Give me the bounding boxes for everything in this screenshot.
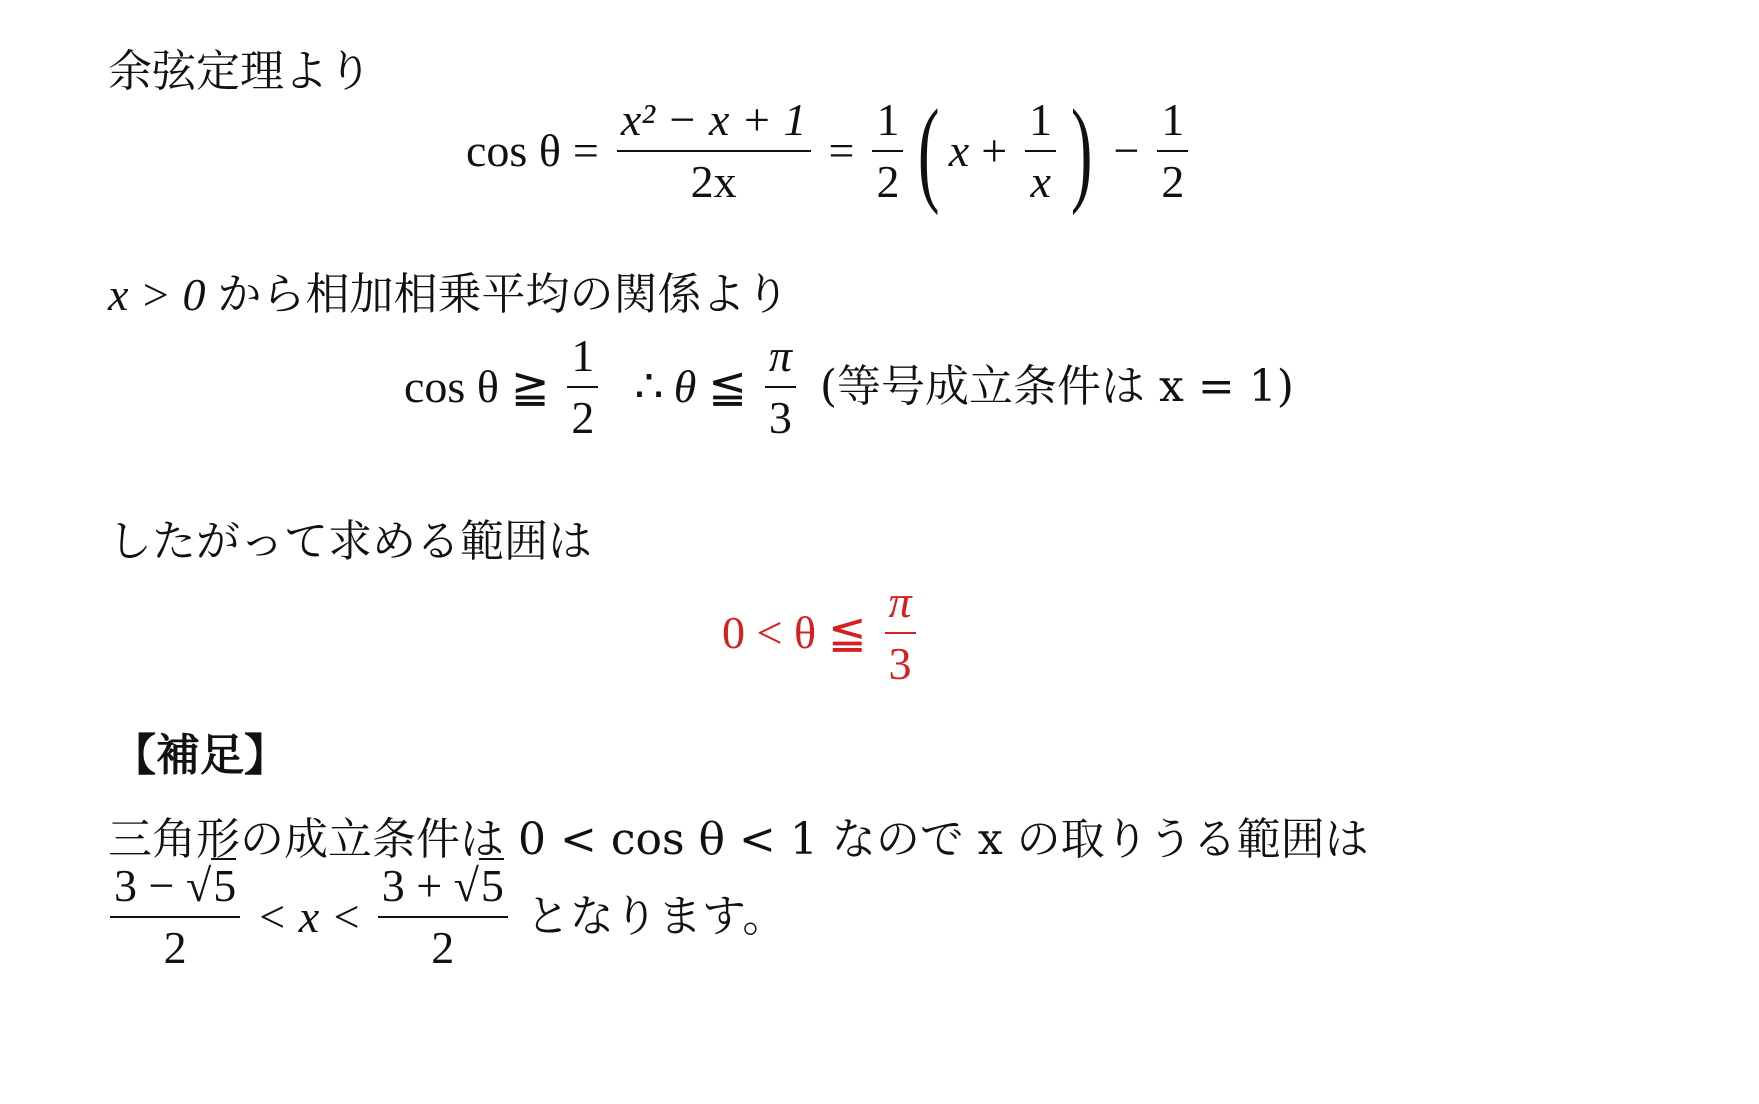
closing-text: となります。 bbox=[526, 895, 786, 939]
x-range-inequality: 3 − √5 2 < x < 3 + √5 2 となります。 bbox=[104, 862, 786, 973]
equality-condition-note: (等号成立条件は x = 1) bbox=[820, 365, 1294, 409]
fraction-inverse-x: 1 x bbox=[1025, 96, 1056, 207]
fraction-pi-over-3: π 3 bbox=[885, 578, 916, 689]
numerator-part: 3 − bbox=[114, 860, 186, 911]
fraction-bar bbox=[110, 916, 240, 918]
fraction-numerator: x² − x + 1 bbox=[617, 96, 811, 144]
cos-theta-lhs: cos θ bbox=[466, 128, 561, 174]
theta: θ bbox=[674, 364, 697, 410]
open-paren: ( bbox=[918, 92, 940, 210]
equals-sign: = bbox=[829, 128, 855, 174]
fraction-denominator: 2 bbox=[567, 394, 598, 442]
fraction-bar bbox=[567, 386, 598, 388]
fraction-bar bbox=[617, 150, 811, 152]
fraction-bar bbox=[1025, 150, 1056, 152]
leq-sign: ≦ bbox=[708, 364, 747, 410]
fraction-half: 1 2 bbox=[872, 96, 903, 207]
am-gm-intro: x > 0 から相加相乗平均の関係より bbox=[108, 272, 789, 318]
conclusion-intro: したがって求める範囲は bbox=[108, 520, 592, 564]
fraction-numerator: 1 bbox=[872, 96, 903, 144]
answer-lhs: 0 < θ bbox=[722, 610, 816, 656]
minus-sign: − bbox=[1113, 128, 1139, 174]
cosine-equation: cos θ = x² − x + 1 2x = 1 2 ( x + 1 x ) … bbox=[466, 92, 1194, 210]
fraction-denominator: 2 bbox=[427, 924, 458, 972]
fraction-denominator: 2x bbox=[687, 158, 741, 206]
leq-sign: ≦ bbox=[828, 610, 867, 656]
fraction-pi-over-3: π 3 bbox=[765, 332, 796, 443]
geq-sign: ≧ bbox=[511, 364, 550, 410]
var-x: x bbox=[949, 128, 969, 174]
fraction-upper-bound: 3 + √5 2 bbox=[378, 862, 508, 973]
sqrt-symbol: √ bbox=[186, 860, 211, 911]
sqrt-radicand: 5 bbox=[211, 858, 236, 911]
fraction-denominator: 3 bbox=[885, 640, 916, 688]
fraction-denominator: 3 bbox=[765, 394, 796, 442]
supplement-text: 三角形の成立条件は 0 < cos θ < 1 なので x の取りうる範囲は bbox=[108, 818, 1369, 862]
answer-range: 0 < θ ≦ π 3 bbox=[722, 578, 922, 689]
therefore-symbol: ∴ bbox=[634, 364, 663, 410]
equals-sign: = bbox=[573, 128, 599, 174]
numerator-part: 3 + bbox=[382, 860, 454, 911]
fraction-denominator: 2 bbox=[160, 924, 191, 972]
plus-sign: + bbox=[981, 128, 1007, 174]
fraction-numerator: 1 bbox=[1157, 96, 1188, 144]
fraction-bar bbox=[378, 916, 508, 918]
inequality-result: cos θ ≧ 1 2 ∴ θ ≦ π 3 (等号成立条件は x = 1) bbox=[404, 332, 1294, 443]
supplement-heading: 【補足】 bbox=[112, 734, 288, 778]
sqrt-radicand: 5 bbox=[479, 858, 504, 911]
condition-x-positive: x > 0 bbox=[108, 272, 205, 318]
am-gm-text: から相加相乗平均の関係より bbox=[217, 273, 789, 317]
fraction-denominator: 2 bbox=[1157, 158, 1188, 206]
fraction-denominator: x bbox=[1026, 158, 1054, 206]
fraction-numerator: π bbox=[885, 578, 916, 626]
fraction-bar bbox=[872, 150, 903, 152]
fraction-main: x² − x + 1 2x bbox=[617, 96, 811, 207]
fraction-denominator: 2 bbox=[872, 158, 903, 206]
close-paren: ) bbox=[1071, 92, 1093, 210]
fraction-numerator: π bbox=[765, 332, 796, 380]
sqrt-symbol: √ bbox=[454, 860, 479, 911]
fraction-numerator: 1 bbox=[567, 332, 598, 380]
middle-inequality: < x < bbox=[256, 894, 362, 940]
fraction-numerator: 3 − √5 bbox=[110, 862, 240, 910]
fraction-bar bbox=[885, 632, 916, 634]
fraction-numerator: 3 + √5 bbox=[378, 862, 508, 910]
fraction-bar bbox=[1157, 150, 1188, 152]
fraction-half: 1 2 bbox=[1157, 96, 1188, 207]
fraction-lower-bound: 3 − √5 2 bbox=[110, 862, 240, 973]
cos-theta-lhs: cos θ bbox=[404, 364, 499, 410]
fraction-half: 1 2 bbox=[567, 332, 598, 443]
fraction-numerator: 1 bbox=[1025, 96, 1056, 144]
intro-law-of-cosines: 余弦定理より bbox=[108, 50, 372, 94]
fraction-bar bbox=[765, 386, 796, 388]
